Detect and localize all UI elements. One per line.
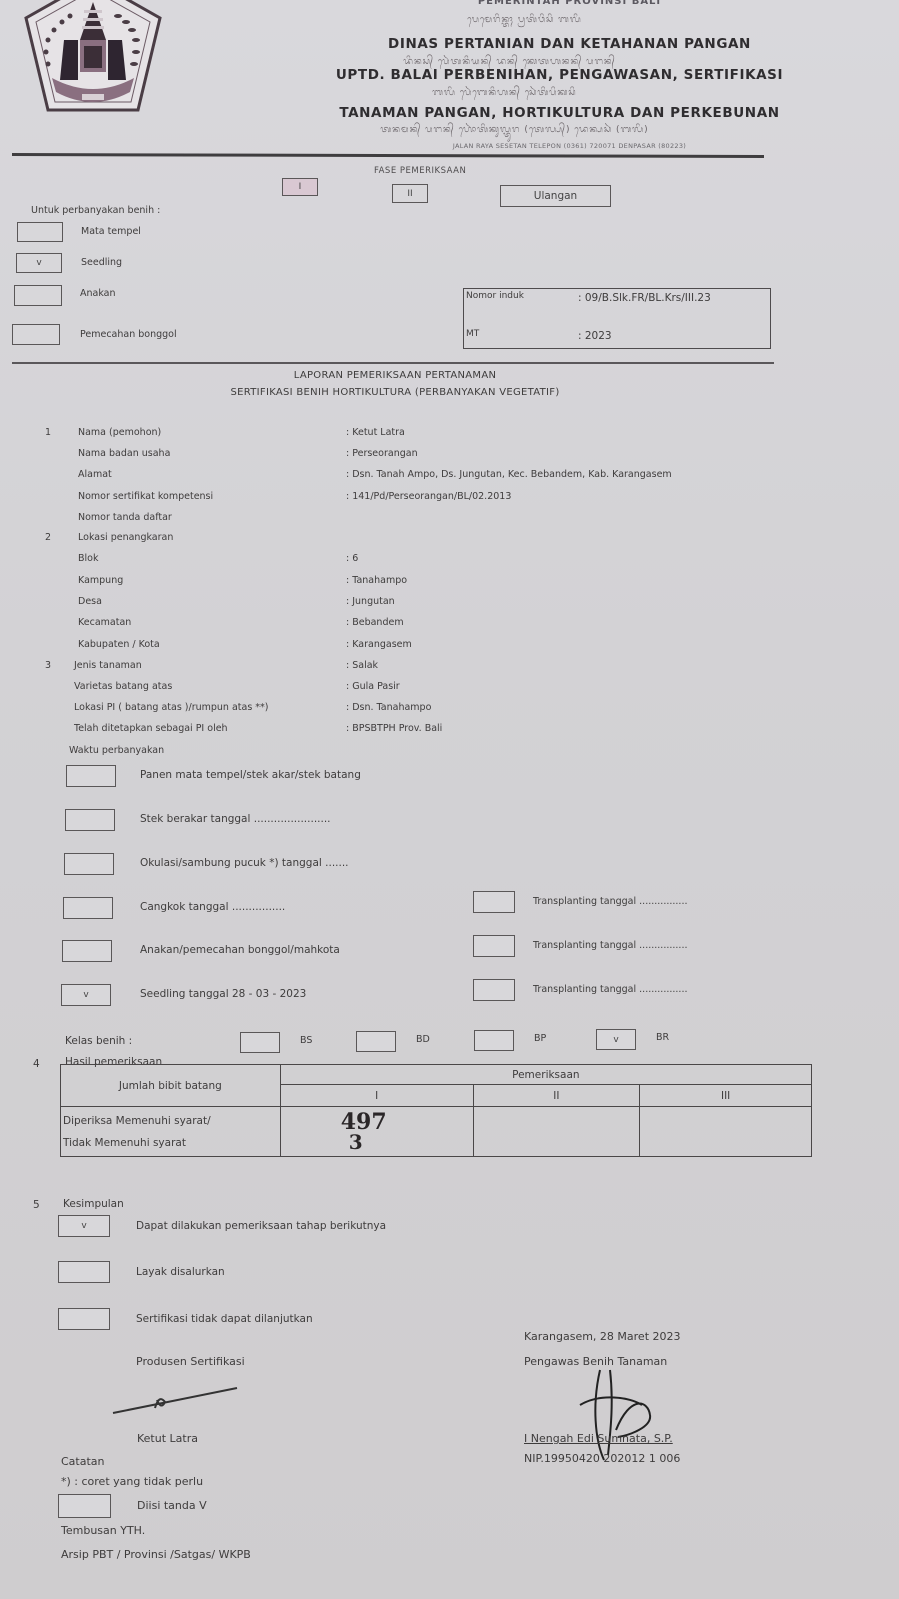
field-label: Desa xyxy=(78,596,102,607)
timing-label: Cangkok tanggal ................ xyxy=(140,901,285,913)
field-label: Jenis tanaman xyxy=(74,660,142,671)
letterhead-address: JALAN RAYA SESETAN TELEPON (0361) 720071… xyxy=(120,142,899,150)
right-signer-nip: NIP.19950420 202012 1 006 xyxy=(524,1452,680,1465)
field-value: : Bebandem xyxy=(346,617,404,628)
field-value: : Gula Pasir xyxy=(346,681,400,692)
field-value: : BPSBTPH Prov. Bali xyxy=(346,723,442,734)
timing-label: Seedling tanggal 28 - 03 - 2023 xyxy=(140,988,306,1000)
letterhead-unit-script: ᬩᬮᬶ ᬧᬾᬃᬩᬾᬦᬶᬳᬦ᭄ ᬲᬾᬃᬢᬶᬧᬶᬓᬲᬶ xyxy=(0,85,899,102)
field-label: Nama badan usaha xyxy=(78,448,170,459)
check-mark: v xyxy=(613,1035,618,1045)
check-mark: v xyxy=(83,990,88,1000)
timing-label: Stek berakar tanggal ...................… xyxy=(140,813,331,825)
checkbox-conclusion[interactable] xyxy=(58,1261,110,1283)
checkbox-timing[interactable] xyxy=(64,853,114,875)
right-signer-name: I Nengah Edi Sumnata, S.P. xyxy=(524,1432,673,1445)
checkbox-timing[interactable]: v xyxy=(61,984,111,1006)
check-mark: v xyxy=(81,1221,86,1231)
inspector-signature-icon xyxy=(570,1365,680,1465)
checkbox-conclusion[interactable] xyxy=(58,1308,110,1330)
field-label: Nomor sertifikat kompetensi xyxy=(78,491,213,502)
checkbox-timing[interactable] xyxy=(62,940,112,962)
cc-list: Arsip PBT / Provinsi /Satgas/ WKPB xyxy=(61,1548,251,1561)
phase-title: FASE PEMERIKSAAN xyxy=(374,166,466,176)
transplanting-label: Transplanting tanggal ................ xyxy=(533,984,687,995)
conclusion-title: Kesimpulan xyxy=(63,1198,124,1210)
field-value: : Perseorangan xyxy=(346,448,418,459)
field-label: Waktu perbanyakan xyxy=(69,745,164,756)
letterhead-department: DINAS PERTANIAN DAN KETAHANAN PANGAN xyxy=(120,36,899,52)
conclusion-label: Sertifikasi tidak dapat dilanjutkan xyxy=(136,1313,313,1325)
left-signer-name: Ketut Latra xyxy=(137,1432,198,1445)
checkbox-timing[interactable] xyxy=(63,897,113,919)
cc-title: Tembusan YTH. xyxy=(61,1524,145,1537)
checkbox-mata-tempel[interactable] xyxy=(17,222,63,242)
field-label: Lokasi PI ( batang atas )/rumpun atas **… xyxy=(74,702,269,713)
letterhead-government-script: ᬧᬾᬫᬾᬭᬶᬦ᭄ᬢᬄ ᬧ᭄ᬭᬢᬶᬯᬶᬲᬶ ᬩᬮᬶ xyxy=(0,12,899,29)
cell-phase-ii[interactable] xyxy=(473,1107,640,1157)
nomor-induk-value: : 09/B.Slk.FR/BL.Krs/III.23 xyxy=(578,292,711,304)
cell-phase-iii[interactable] xyxy=(640,1107,812,1157)
field-value: : Tanahampo xyxy=(346,575,407,586)
field-number: 3 xyxy=(45,660,51,671)
conclusion-number: 5 xyxy=(33,1199,40,1211)
nomor-induk-label: Nomor induk xyxy=(466,291,524,301)
cell-phase-i[interactable]: 497 3 xyxy=(280,1107,473,1157)
phase-ii-label: II xyxy=(407,189,412,199)
checkbox-seed-class-br[interactable]: v xyxy=(596,1029,636,1050)
field-label: Kecamatan xyxy=(78,617,131,628)
seed-class-label-bp: BP xyxy=(534,1033,546,1044)
label-seedling: Seedling xyxy=(81,257,122,268)
field-value: : 6 xyxy=(346,553,358,564)
field-label: Telah ditetapkan sebagai PI oleh xyxy=(74,723,228,734)
row-label-memenuhi: Diperiksa Memenuhi syarat/ Tidak Memenuh… xyxy=(61,1107,281,1157)
mt-label: MT xyxy=(466,329,479,339)
checkbox-timing[interactable] xyxy=(66,765,116,787)
field-label: Lokasi penangkaran xyxy=(78,532,173,543)
col-header-jumlah: Jumlah bibit batang xyxy=(61,1065,281,1107)
field-value: : Dsn. Tanahampo xyxy=(346,702,431,713)
field-value: : Dsn. Tanah Ampo, Ds. Jungutan, Kec. Be… xyxy=(346,469,672,480)
left-signer-title: Produsen Sertifikasi xyxy=(136,1355,245,1368)
results-table: Jumlah bibit batang Pemeriksaan I II III… xyxy=(60,1064,812,1157)
label-mata-tempel: Mata tempel xyxy=(81,226,141,237)
field-value: : 141/Pd/Perseorangan/BL/02.2013 xyxy=(346,491,511,502)
field-label: Alamat xyxy=(78,469,112,480)
group-header-pemeriksaan: Pemeriksaan xyxy=(280,1065,811,1085)
timing-label: Okulasi/sambung pucuk *) tanggal ....... xyxy=(140,857,349,869)
sub-header-i: I xyxy=(280,1085,473,1107)
letterhead-unit: UPTD. BALAI PERBENIHAN, PENGAWASAN, SERT… xyxy=(110,67,899,83)
field-value: : Ketut Latra xyxy=(346,427,405,438)
transplanting-label: Transplanting tanggal ................ xyxy=(533,896,687,907)
phase-i-button[interactable]: I xyxy=(282,178,318,196)
legend-checkbox xyxy=(58,1494,111,1518)
label-pemecahan-bonggol: Pemecahan bonggol xyxy=(80,329,177,340)
field-number: 1 xyxy=(45,427,51,438)
checkbox-anakan[interactable] xyxy=(14,285,62,306)
producer-signature-icon xyxy=(110,1380,250,1420)
conclusion-label: Dapat dilakukan pemeriksaan tahap beriku… xyxy=(136,1220,386,1232)
legend-label: Diisi tanda V xyxy=(137,1499,207,1512)
letterhead-unit-continued: TANAMAN PANGAN, HORTIKULTURA DAN PERKEBU… xyxy=(110,105,899,121)
field-label: Nama (pemohon) xyxy=(78,427,161,438)
letterhead-divider xyxy=(12,153,764,158)
checkbox-conclusion[interactable]: v xyxy=(58,1215,110,1237)
results-number: 4 xyxy=(33,1058,40,1070)
checkbox-transplanting[interactable] xyxy=(473,979,515,1001)
phase-i-label: I xyxy=(299,182,302,192)
sub-header-iii: III xyxy=(640,1085,812,1107)
mt-value: : 2023 xyxy=(578,330,612,342)
phase-ii-button[interactable]: II xyxy=(392,184,428,203)
row-label-line-2: Tidak Memenuhi syarat xyxy=(63,1132,278,1154)
timing-label: Panen mata tempel/stek akar/stek batang xyxy=(140,769,361,781)
place-date: Karangasem, 28 Maret 2023 xyxy=(524,1330,681,1343)
checkbox-transplanting[interactable] xyxy=(473,935,515,957)
notes-title: Catatan xyxy=(61,1455,105,1468)
label-anakan: Anakan xyxy=(80,288,116,299)
phase-ulangan-label: Ulangan xyxy=(534,190,577,202)
checkbox-seed-class-bs[interactable] xyxy=(240,1032,280,1053)
transplanting-label: Transplanting tanggal ................ xyxy=(533,940,687,951)
phase-ulangan-button[interactable]: Ulangan xyxy=(500,185,611,207)
field-value: : Salak xyxy=(346,660,378,671)
seed-class-label: Kelas benih : xyxy=(65,1035,132,1047)
field-label: Kabupaten / Kota xyxy=(78,639,160,650)
registry-box: Nomor induk : 09/B.Slk.FR/BL.Krs/III.23 … xyxy=(463,288,771,349)
field-label: Kampung xyxy=(78,575,123,586)
checkbox-seed-class-bp[interactable] xyxy=(474,1030,514,1051)
checkbox-seedling[interactable]: v xyxy=(16,253,62,273)
propagation-title: Untuk perbanyakan benih : xyxy=(31,205,160,216)
seed-class-label-br: BR xyxy=(656,1032,669,1043)
notes-line-1: *) : coret yang tidak perlu xyxy=(61,1475,203,1488)
sub-header-ii: II xyxy=(473,1085,640,1107)
checkbox-timing[interactable] xyxy=(65,809,115,831)
checkbox-transplanting[interactable] xyxy=(473,891,515,913)
checkbox-seed-class-bd[interactable] xyxy=(356,1031,396,1052)
field-label: Blok xyxy=(78,553,98,564)
report-subtitle: SERTIFIKASI BENIH HORTIKULTURA (PERBANYA… xyxy=(0,387,790,398)
section-divider xyxy=(12,362,774,364)
field-number: 2 xyxy=(45,532,51,543)
field-label: Varietas batang atas xyxy=(74,681,172,692)
field-value: : Karangasem xyxy=(346,639,412,650)
field-label: Nomor tanda daftar xyxy=(78,512,172,523)
row-label-line-1: Diperiksa Memenuhi syarat/ xyxy=(63,1110,278,1132)
seed-class-label-bs: BS xyxy=(300,1035,312,1046)
report-title: LAPORAN PEMERIKSAAN PERTANAMAN xyxy=(0,370,790,381)
letterhead-government: PEMERINTAH PROVINSI BALI xyxy=(120,0,899,7)
field-value: : Jungutan xyxy=(346,596,395,607)
checkbox-pemecahan-bonggol[interactable] xyxy=(12,324,60,345)
handwritten-memenuhi-i: 497 xyxy=(341,1112,471,1132)
handwritten-tidak-i: 3 xyxy=(341,1132,471,1152)
seed-class-label-bd: BD xyxy=(416,1034,430,1045)
conclusion-label: Layak disalurkan xyxy=(136,1266,225,1278)
letterhead-unit-continued-script: ᬢᬦᬫᬦ᭄ ᬧᬗᬦ᭄ ᬳᭀᬃᬢᬶᬓᬸᬮ᭄ᬢᬸᬭ (ᬢᬾᬮ᭄ᬧ᭄) ᬤᬾᬦ᭄ᬧᬲᬃ… xyxy=(0,122,899,139)
timing-label: Anakan/pemecahan bonggol/mahkota xyxy=(140,944,340,956)
